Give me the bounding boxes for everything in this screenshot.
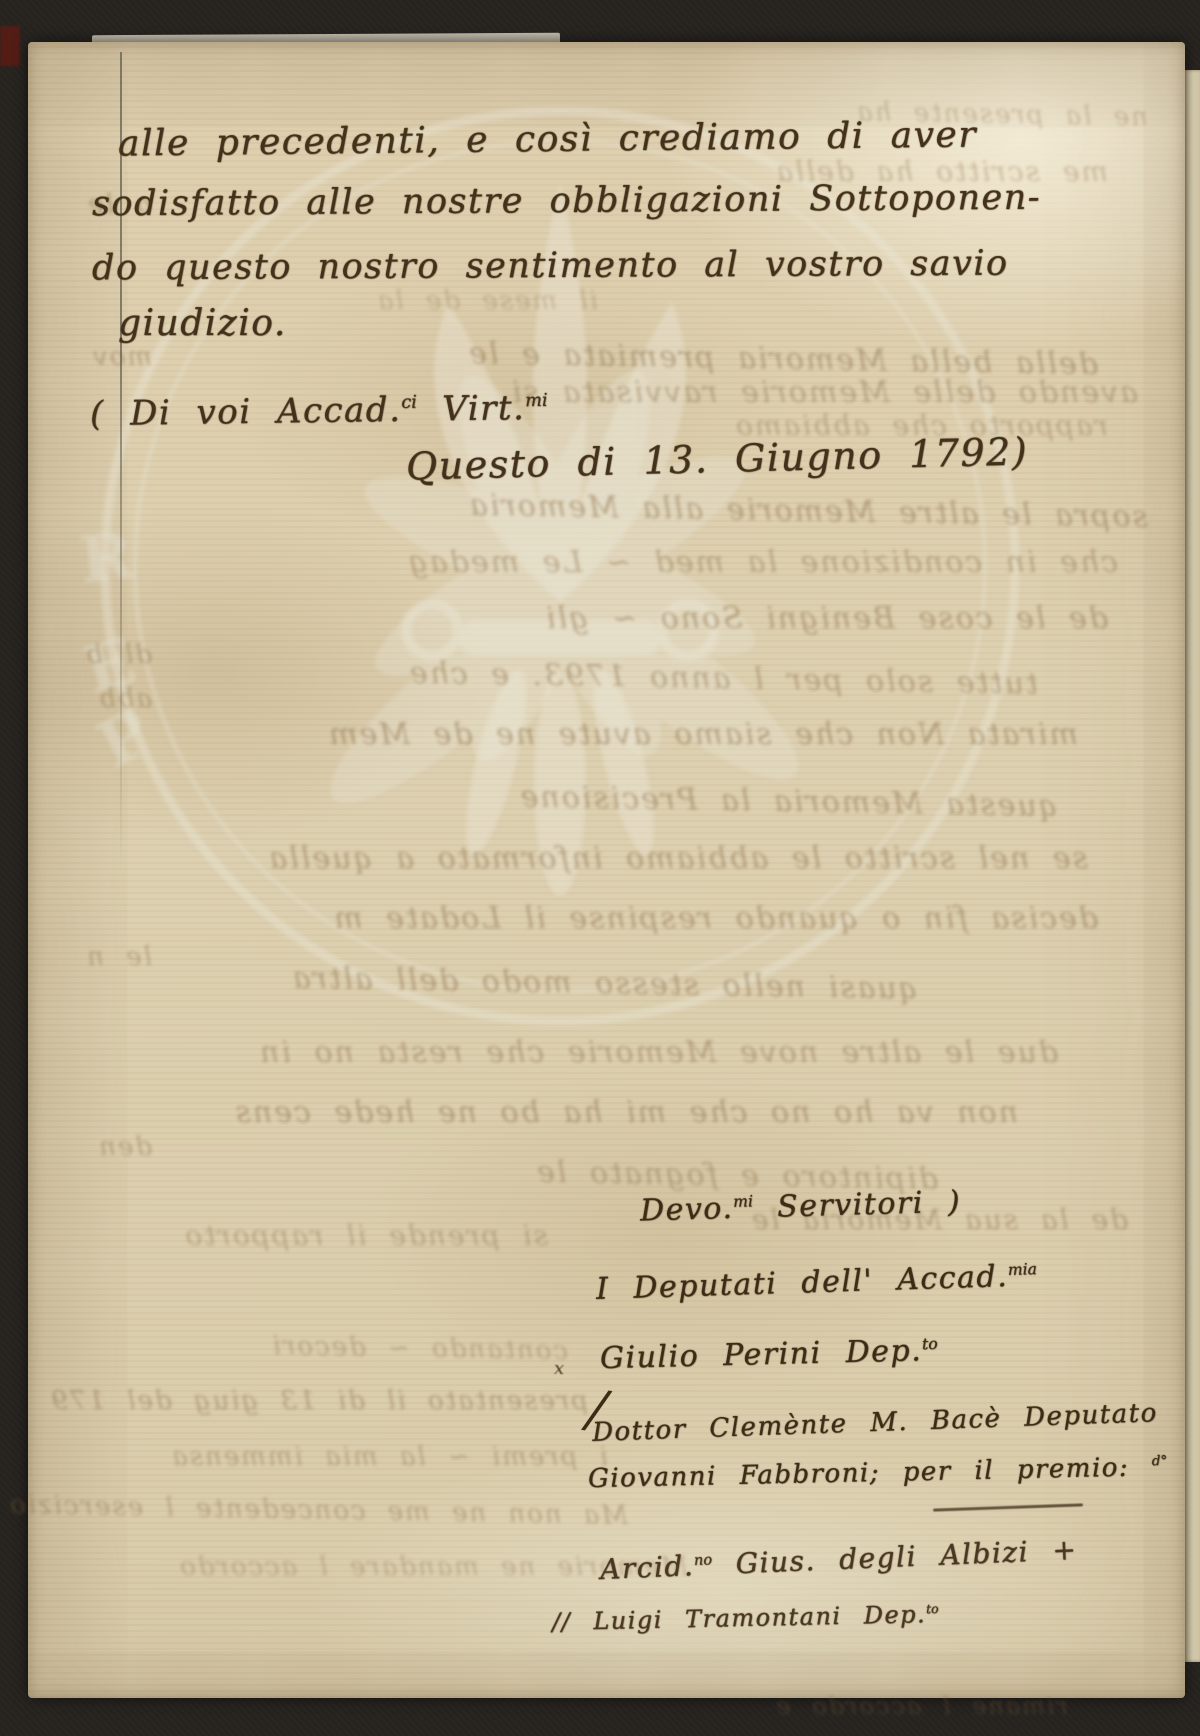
salutation-text: ( Di voi Accad. bbox=[90, 390, 402, 434]
bleedthrough-text-row: tutte solo per l anno 1793. e che bbox=[158, 654, 1038, 699]
bleedthrough-text-row: se nel scritto le abbiamo informato a qu… bbox=[158, 844, 1088, 874]
margin-x-mark: x bbox=[554, 1360, 564, 1378]
bleedthrough-text-row: rimane l accordo e bbox=[588, 1694, 1068, 1718]
premio-underline-flourish bbox=[933, 1503, 1083, 1511]
salutation-superscript: mi bbox=[525, 391, 548, 411]
signature-superscript: d° bbox=[1152, 1453, 1168, 1469]
bleedthrough-text-row: contando ~ decori bbox=[88, 1330, 568, 1364]
seal-ring-letter: R bbox=[76, 518, 138, 598]
bleedthrough-text-row: quasi nello stesso modo dell altra bbox=[158, 961, 918, 1004]
body-line-1: alle precedenti, e così crediamo di aver bbox=[118, 118, 977, 163]
bleedthrough-text-row: della bella Memoria premiata e le bbox=[158, 334, 1098, 380]
closing-text: Devo. bbox=[640, 1191, 734, 1229]
red-corner-mark bbox=[0, 26, 20, 66]
signature-deputati: I Deputati dell' Accad.mia bbox=[596, 1261, 1038, 1305]
signature-dottor-clemente: Dottor Clemènte M. Bacè Deputato bbox=[592, 1400, 1158, 1446]
signature-text: Dottor Clemènte M. Bacè Deputato bbox=[592, 1398, 1159, 1448]
bleedthrough-text-row: decisa fin o quando respinse il Lodate m bbox=[158, 904, 1098, 934]
signature-superscript: no bbox=[694, 1551, 713, 1569]
bleedthrough-text-row: den bbox=[62, 1134, 152, 1160]
bleedthrough-text-row: che in condizione la med ~ Le medag bbox=[158, 548, 1118, 578]
bleedthrough-text-row: de le cose Benigni Sono ~ gli bbox=[158, 604, 1108, 634]
bleedthrough-text-row: le n bbox=[62, 944, 152, 970]
signature-text: // Luigi Tramontani Dep. bbox=[552, 1600, 927, 1636]
bleedthrough-text-row: mirata Non che siamo avute ne de Mem bbox=[158, 720, 1078, 750]
salutation-superscript: ci bbox=[401, 393, 417, 413]
date-line: Questo di 13. Giugno 1792) bbox=[406, 432, 1029, 485]
body-line-4: giudizio. bbox=[118, 306, 287, 342]
adjacent-page-edge bbox=[1183, 70, 1200, 1662]
bleedthrough-text-row: presentato il di 13 giug del 179 bbox=[68, 1388, 588, 1414]
bleedthrough-text-row: mov bbox=[62, 344, 152, 370]
bleedthrough-text-row: questa Memoria la Precisione bbox=[158, 776, 1058, 822]
signature-superscript: to bbox=[922, 1335, 938, 1353]
signature-text: Giovanni Fabbroni; per il premio: bbox=[588, 1452, 1152, 1494]
bleedthrough-text-row: non va ho no che mi ha bo ne hede cens bbox=[158, 1098, 1018, 1128]
bleedthrough-text-row: si prende il rapporto bbox=[88, 1222, 548, 1250]
body-line-3: do questo nostro sentimento al vostro sa… bbox=[92, 247, 1009, 287]
salutation-text: Virt. bbox=[417, 388, 526, 430]
bleedthrough-text-row: i premi ~ la mia immensa bbox=[68, 1444, 608, 1470]
closing-superscript: mi bbox=[733, 1192, 753, 1211]
signature-giovanni-fabbroni: Giovanni Fabbroni; per il premio: d° bbox=[588, 1454, 1168, 1492]
bleedthrough-text-row: abb bbox=[62, 686, 152, 712]
bleedthrough-text-row: Ma non ne me concedente l esercizio bbox=[68, 1493, 628, 1529]
deputati-superscript: mia bbox=[1008, 1260, 1038, 1279]
signature-superscript: to bbox=[926, 1601, 939, 1616]
manuscript-page: R E P ne la presente hame scritto ha del… bbox=[28, 42, 1185, 1698]
closing-text: Servitori ) bbox=[753, 1185, 962, 1226]
signature-luigi-tramontani: // Luigi Tramontani Dep.to bbox=[552, 1602, 939, 1634]
signature-text: Gius. degli Albizi + bbox=[712, 1533, 1078, 1581]
body-line-2: sodisfatto alle nostre obbligazioni Sott… bbox=[92, 181, 1041, 223]
salutation-line: ( Di voi Accad.ci Virt.mi bbox=[90, 391, 548, 431]
signature-closing: Devo.mi Servitori ) bbox=[640, 1188, 962, 1227]
deputati-text: I Deputati dell' Accad. bbox=[596, 1259, 1009, 1307]
scanned-manuscript-view: R E P ne la presente hame scritto ha del… bbox=[0, 0, 1200, 1736]
fold-line bbox=[120, 52, 122, 872]
signature-giulio-perini: Giulio Perini Dep.to bbox=[600, 1336, 938, 1374]
signature-text: Giulio Perini Dep. bbox=[600, 1333, 923, 1376]
signature-arcidiacono-albizi: Arcid.no Gius. degli Albizi + bbox=[600, 1536, 1078, 1584]
bleedthrough-text-row: due le altre nove Memorie che resta no i… bbox=[158, 1038, 1058, 1068]
bleedthrough-text-row: sopra le altre Memorie alla Memoria bbox=[158, 485, 1148, 532]
signature-text: Arcid. bbox=[599, 1549, 694, 1586]
bleedthrough-text-row: dl b bbox=[62, 642, 152, 668]
